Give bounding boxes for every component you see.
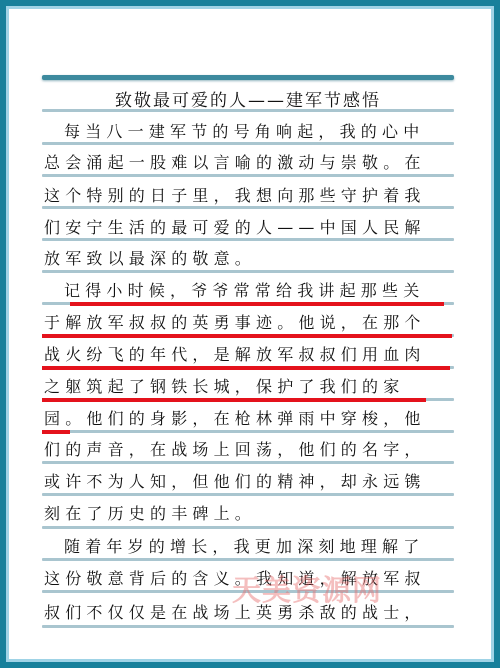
header-rule <box>42 75 454 80</box>
ruled-line <box>42 270 454 273</box>
text-line: 或许不为人知，但他们的精神，却永远镌 <box>44 469 454 493</box>
text-line: 于解放军叔叔的英勇事迹。他说，在那个 <box>44 310 454 334</box>
red-underline <box>70 302 444 306</box>
red-underline <box>42 334 452 338</box>
ruled-line <box>42 238 454 241</box>
red-underline <box>42 366 450 370</box>
text-line: 每当八一建军节的号角响起，我的心中 <box>44 119 474 143</box>
text-line: 随着年岁的增长，我更加深刻地理解了 <box>44 534 474 558</box>
text-line: 放军致以最深的敬意。 <box>44 246 454 270</box>
text-line: 园。他们的身影，在枪林弹雨中穿梭，他 <box>44 406 454 430</box>
ruled-line <box>42 493 454 496</box>
text-line: 们安宁生活的最可爱的人——中国人民解 <box>44 215 454 239</box>
text-line: 战火纷飞的年代，是解放军叔叔们用血肉 <box>44 342 454 366</box>
text-line: 记得小时候，爷爷常常给我讲起那些关 <box>44 278 474 302</box>
essay-title: 致敬最可爱的人——建军节感悟 <box>42 86 454 110</box>
text-line: 们的声音，在战场上回荡，他们的名字， <box>44 437 454 461</box>
red-underline <box>42 430 70 434</box>
text-line: 总会涌起一股难以言喻的激动与崇敬。在 <box>44 150 454 174</box>
text-line: 之躯筑起了钢铁长城，保护了我们的家 <box>44 374 454 398</box>
ruled-line <box>42 206 454 209</box>
ruled-line <box>42 142 454 145</box>
watermark: 天美资源网 <box>232 568 382 609</box>
red-underline <box>42 398 426 402</box>
ruled-line <box>42 461 454 464</box>
ruled-line <box>42 558 454 561</box>
text-line: 这个特别的日子里，我想向那些守护着我 <box>44 183 454 207</box>
text-line: 刻在了历史的丰碑上。 <box>44 501 454 525</box>
ruled-line <box>42 625 454 628</box>
ruled-line <box>42 430 454 433</box>
ruled-line <box>42 526 454 529</box>
ruled-line <box>42 109 454 112</box>
ruled-line <box>42 174 454 177</box>
